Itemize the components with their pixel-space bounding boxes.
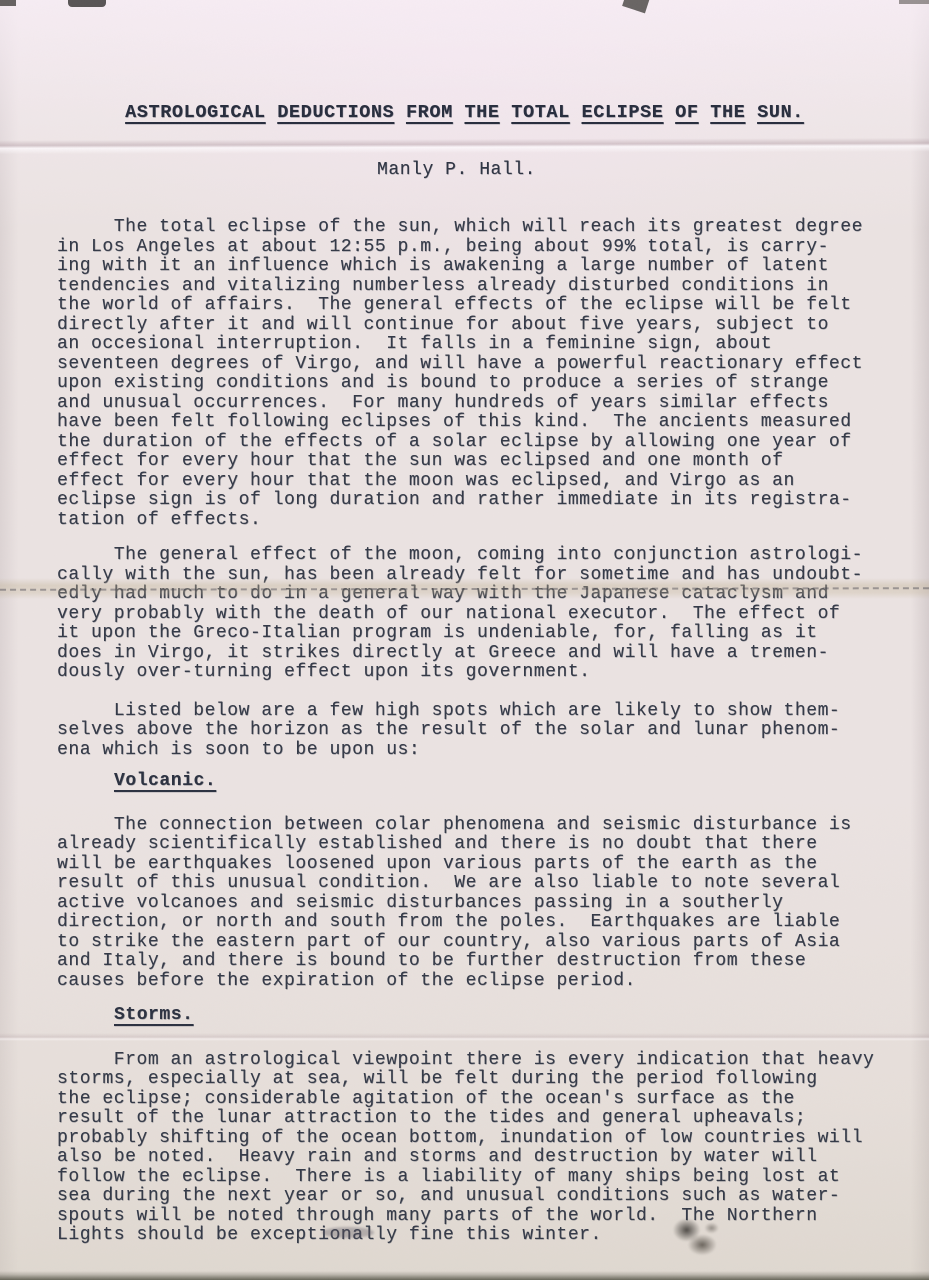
bottom-edge-shadow (0, 1271, 929, 1280)
storms-paragraph: From an astrological viewpoint there is … (57, 1051, 887, 1246)
document-body: The total eclipse of the sun, which will… (57, 218, 887, 1246)
page-title: ASTROLOGICAL DEDUCTIONS FROM THE TOTAL E… (0, 103, 929, 123)
section-heading-storms: Storms. (114, 1006, 193, 1026)
intro-paragraph-1: The total eclipse of the sun, which will… (57, 218, 887, 530)
top-edge-notch (622, 0, 650, 13)
byline: Manly P. Hall. (0, 161, 921, 181)
intro-paragraph-3: Listed below are a few high spots which … (57, 702, 887, 761)
fold-crease-top (0, 138, 929, 154)
section-heading-volcanic: Volcanic. (114, 772, 216, 792)
top-right-corner-mark (899, 0, 929, 4)
volcanic-paragraph: The connection between colar phenomena a… (57, 816, 887, 992)
document-sheet: ASTROLOGICAL DEDUCTIONS FROM THE TOTAL E… (0, 0, 929, 1280)
intro-paragraph-2: The general effect of the moon, coming i… (57, 546, 887, 683)
top-edge-mark (68, 0, 106, 7)
top-left-corner-mark (0, 0, 16, 6)
